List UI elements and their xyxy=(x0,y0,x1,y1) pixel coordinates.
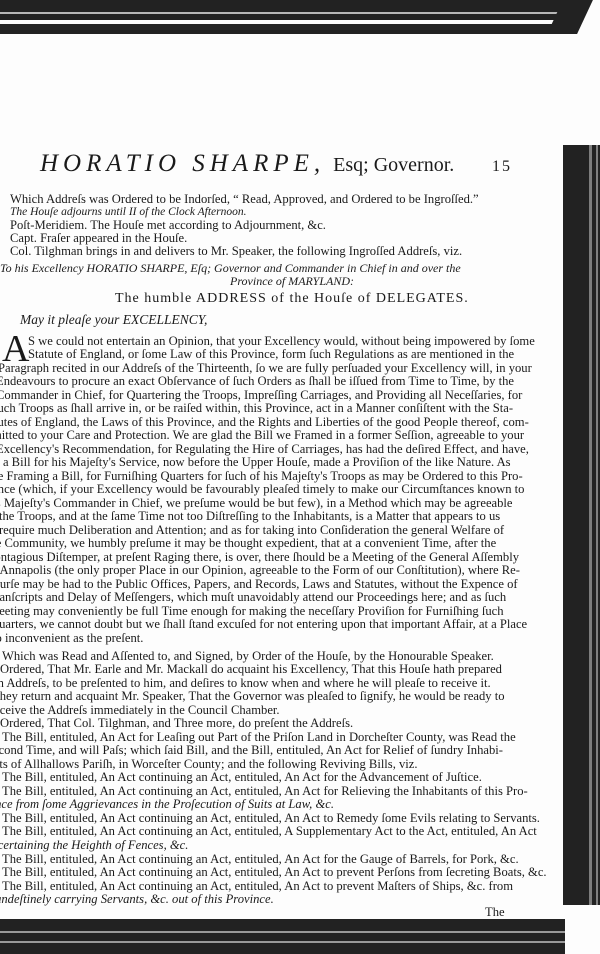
proceedings-line: Second Time, and will Paſs; which ſaid B… xyxy=(0,743,503,757)
proceedings-line: The Bill, entituled, An Act continuing a… xyxy=(2,770,482,784)
scan-border-right xyxy=(563,145,600,905)
body-line: Endeavours to procure an exact Obſervanc… xyxy=(0,374,514,388)
body-line: at Annapolis (the only proper Place in o… xyxy=(0,563,520,577)
proceedings-line: The Bill, entituled, An Act for Leaſing … xyxy=(2,730,516,744)
address-recipient-province: Province of MARYLAND: xyxy=(230,274,354,288)
body-line: his Majeſty's Commander in Chief, we pre… xyxy=(0,496,513,510)
body-line: Tranſcripts and Delay of Meſſengers, whi… xyxy=(0,590,506,604)
proceedings-line: They return and acquaint Mr. Speaker, Th… xyxy=(0,689,505,703)
proceedings-line: The Bill, entituled, An Act continuing a… xyxy=(2,784,528,798)
body-line: ſuch Troops as ſhall arrive in, or be ra… xyxy=(0,401,513,415)
body-line: Paragraph recited in our Addreſs of the … xyxy=(0,361,532,375)
body-line: tutes of England, the Laws of this Provi… xyxy=(0,415,529,429)
page-number: 15 xyxy=(492,158,512,176)
proceedings-line: clandeſtinely carrying Servants, &c. out… xyxy=(0,892,274,906)
address-recipient: To his Excellency HORATIO SHARPE, Eſq; G… xyxy=(0,261,461,275)
body-line: Meeting may conveniently be full Time en… xyxy=(0,604,504,618)
scan-border-top xyxy=(0,0,570,34)
proceedings-line: vince from ſome Aggrievances in the Proſ… xyxy=(0,797,334,811)
address-title: The humble ADDRESS of the Houſe of DELEG… xyxy=(115,292,469,306)
body-line: to require much Deliberation and Attenti… xyxy=(0,523,504,537)
body-line: Commander in Chief, for Quartering the T… xyxy=(0,388,522,402)
opening-line: Which Addreſs was Ordered to be Indorſed… xyxy=(10,192,479,206)
body-line: in a Bill for his Majeſty's Service, now… xyxy=(0,455,511,469)
catchword: The xyxy=(485,905,505,920)
body-line: the Framing a Bill, for Furniſhing Quart… xyxy=(0,469,523,483)
opening-line: The Houſe adjourns until II of the Clock… xyxy=(10,205,246,219)
proceedings-line: Ordered, That Mr. Earle and Mr. Mackall … xyxy=(0,662,502,676)
proceedings-line: The Bill, entituled, An Act continuing a… xyxy=(2,824,537,838)
salutation: May it pleaſe your EXCELLENCY, xyxy=(20,313,207,327)
header-title: Esq; Governor. xyxy=(333,154,454,176)
body-line: Contagious Diſtemper, at preſent Raging … xyxy=(0,550,519,564)
body-line: to the Troops, and at the ſame Time not … xyxy=(0,509,500,523)
proceedings-line: The Bill, entituled, An Act continuing a… xyxy=(2,865,547,879)
proceedings-line: aſcertaining the Heighth of Fences, &c. xyxy=(0,838,188,852)
body-line: S we could not entertain an Opinion, tha… xyxy=(28,334,535,348)
proceedings-line: Ordered, That Col. Tilghman, and Three m… xyxy=(0,716,353,730)
body-line: vince (which, if your Excellency would b… xyxy=(0,482,524,496)
body-line: courſe may be had to the Public Offices,… xyxy=(0,577,518,591)
opening-line: Poſt-Meridiem. The Houſe met according t… xyxy=(10,218,326,232)
proceedings-line: an Addreſs, to be preſented to him, and … xyxy=(0,676,491,690)
scan-border-bottom xyxy=(0,919,565,954)
header-name: HORATIO SHARPE, xyxy=(40,150,325,177)
proceedings-line: Which was Read and Aſſented to, and Sign… xyxy=(2,649,494,663)
body-line: the Community, we humbly preſume it may … xyxy=(0,536,496,550)
proceedings-line: tants of Allhallows Pariſh, in Worceſter… xyxy=(0,757,418,771)
body-line: Quarters, we cannot doubt but we ſhall ſ… xyxy=(0,617,527,631)
body-line: Excellency's Recommendation, for Regulat… xyxy=(0,442,529,456)
body-line: ſo inconvenient as the preſent. xyxy=(0,631,143,645)
opening-line: Capt. Fraſer appeared in the Houſe. xyxy=(10,231,187,245)
proceedings-line: The Bill, entituled, An Act continuing a… xyxy=(2,811,540,825)
body-line: Statute of England, or ſome Law of this … xyxy=(28,347,514,361)
proceedings-line: receive the Addreſs immediately in the C… xyxy=(0,703,280,717)
proceedings-line: The Bill, entituled, An Act continuing a… xyxy=(2,879,513,893)
body-line: mitted to your Care and Protection. We a… xyxy=(0,428,524,442)
opening-line: Col. Tilghman brings in and delivers to … xyxy=(10,244,462,258)
running-header: HORATIO SHARPE, Esq; Governor. xyxy=(40,150,520,178)
proceedings-line: The Bill, entituled, An Act continuing a… xyxy=(2,852,519,866)
